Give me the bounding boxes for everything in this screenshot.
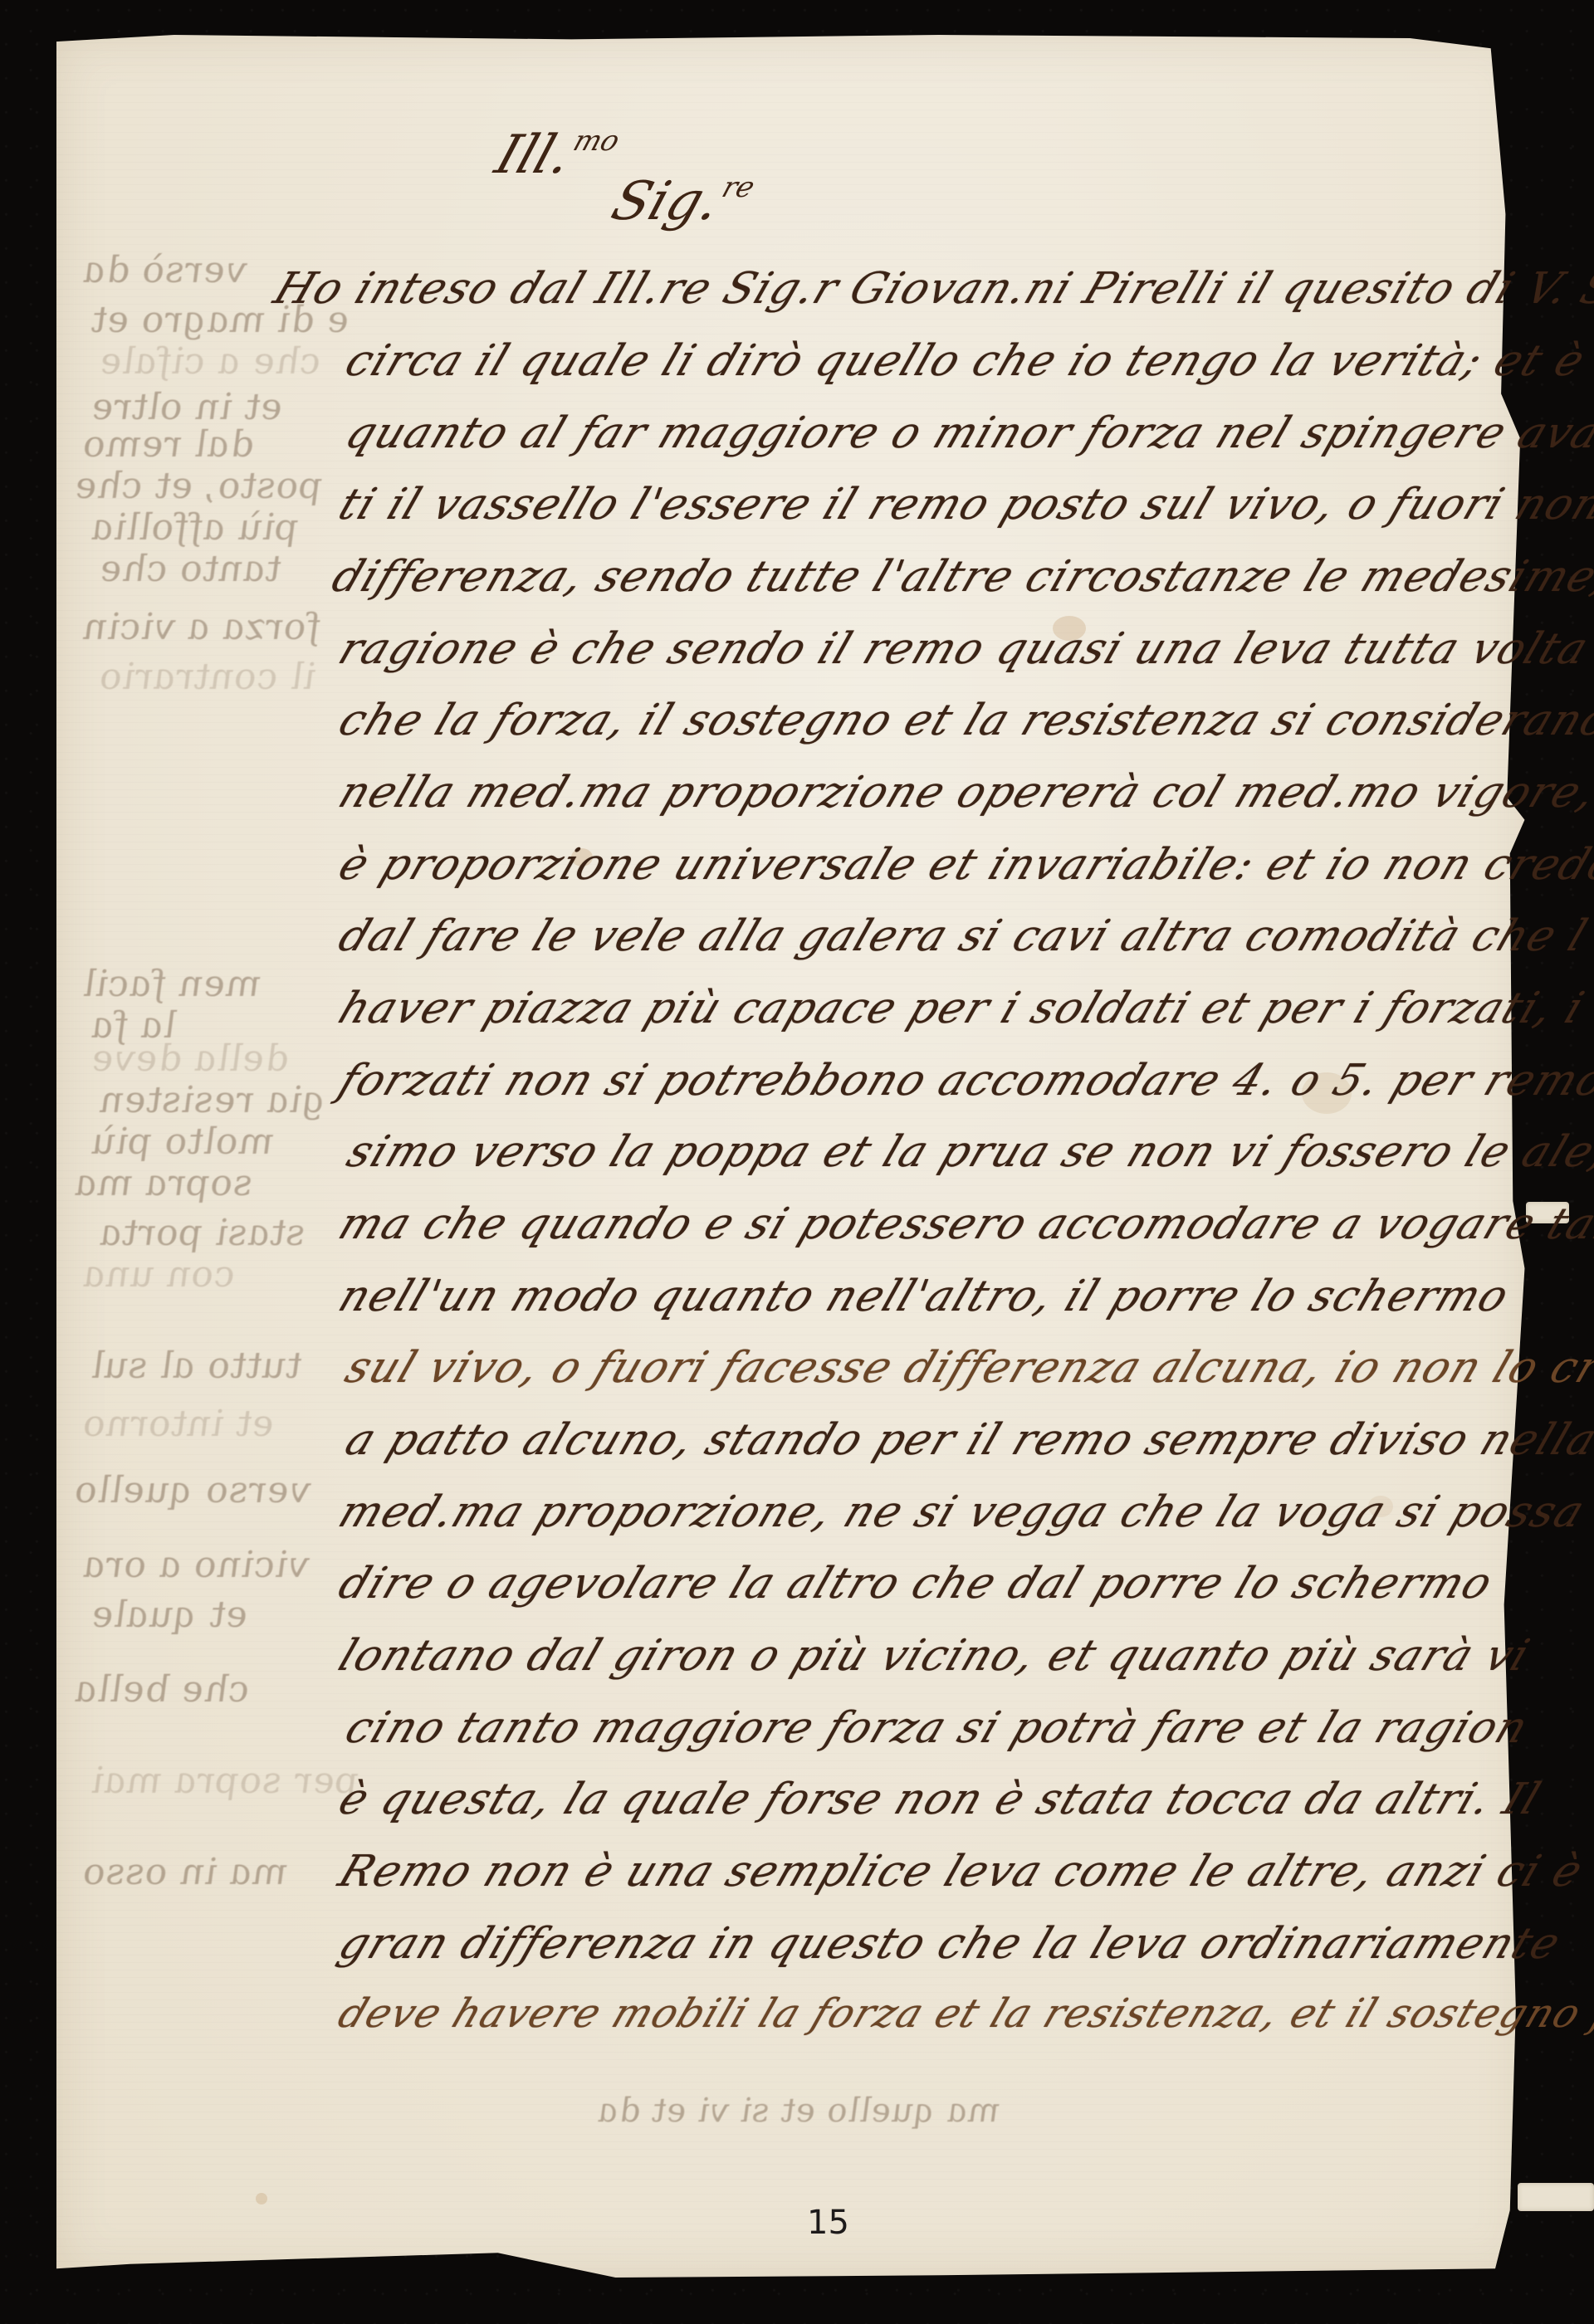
text-line: ma che quando e si potessero accomodare … [332,1199,1594,1249]
text-line: differenza, sendo tutte l'altre circosta… [325,552,1594,602]
bleed-through-text: et in oltre [85,386,290,428]
text-line: ragione è che sendo il remo quasi una le… [332,624,1594,674]
bleed-through-text: et intorno [76,1403,281,1445]
salutation-superscript: mo [570,124,624,158]
text-line: forzati non si potrebbono accomodare 4. … [332,1056,1594,1106]
text-line: deve havere mobili la forza et la resist… [332,1990,1594,2037]
bleed-through-text: gia resisten [93,1079,333,1121]
bleed-through-text: posto, et che [68,465,330,507]
foxing-stain [256,2193,267,2204]
folio-number: 15 [807,2204,849,2242]
text-line: dire o agevolare la altro che dal porre … [332,1559,1500,1609]
salutation-line-2: Sig.re [604,171,759,232]
text-line: nell'un modo quanto nell'altro, il porre… [332,1272,1516,1321]
salutation-title: Ill. [488,124,580,186]
bleed-through-text: ma in osso [76,1851,295,1893]
bleed-through-text: stasi porta [93,1212,312,1254]
bleed-through-text: ma quello et si vi et da [592,2092,1006,2130]
salutation: Ill.mo Sig.re [498,124,749,232]
text-line: cino tanto maggiore forza si potrà fare … [339,1703,1535,1753]
text-line: a patto alcuno, stando per il remo sempr… [339,1415,1594,1465]
text-line: Ho inteso dal Ill.re Sig.r Giovan.ni Pir… [267,264,1594,314]
text-line: circa il quale li dirò quello che io ten… [339,336,1594,386]
text-line: med.ma proporzione, ne si vegga che la v… [332,1487,1594,1537]
bleed-through-text: della deve [85,1037,296,1080]
text-line: Remo non è una semplice leva come le alt… [332,1847,1590,1897]
bleed-through-text: forza a vicin [76,606,328,648]
bleed-through-text: molto più [85,1120,281,1163]
bleed-through-text: tutto al sul [85,1345,309,1387]
text-line: ti il vassello l'essere il remo posto su… [332,480,1594,530]
bleed-through-text: dal remo [76,423,261,466]
bleed-through-text: con una [76,1253,242,1296]
text-line: simo verso la poppa et la prua se non vi… [340,1127,1594,1177]
text-line: sul vivo, o fuori facesse differenza alc… [339,1343,1594,1393]
bleed-through-text: che a cifale [93,340,328,383]
bleed-through-text: versò da [76,249,254,291]
bleed-through-text: men facil [76,963,268,1005]
text-line: gran differenza in questo che la leva or… [332,1919,1568,1969]
text-line: che la forza, il sostegno et la resisten… [332,696,1594,745]
bleed-through-text: più affollia [85,506,306,549]
bleed-through-text: et quale [85,1594,255,1636]
bleed-through-text: che bella [68,1668,257,1711]
bleed-through-text: sopra ma [68,1162,260,1204]
text-line: è proporzione universale et invariabile:… [332,840,1594,890]
text-line: quanto al far maggiore o minor forza nel… [339,408,1594,458]
paper-tab [1518,2183,1594,2211]
salutation-title: Sig. [604,171,729,232]
text-line: è questa, la quale forse non è stata toc… [332,1775,1548,1824]
bleed-through-text: tanto che [93,548,288,590]
text-line: haver piazza più capace per i soldati et… [332,984,1594,1033]
text-line: lontano dal giron o più vicino, et quant… [332,1631,1537,1681]
bleed-through-text: verso quello [68,1469,318,1511]
text-line: dal fare le vele alla galera si cavi alt… [332,911,1594,961]
text-line: nella med.ma proporzione opererà col med… [332,768,1594,818]
bleed-through-text: per sopra mai [85,1760,366,1802]
bleed-through-text: vicino a ora [76,1544,316,1586]
bleed-through-text: il contrario [93,656,323,698]
